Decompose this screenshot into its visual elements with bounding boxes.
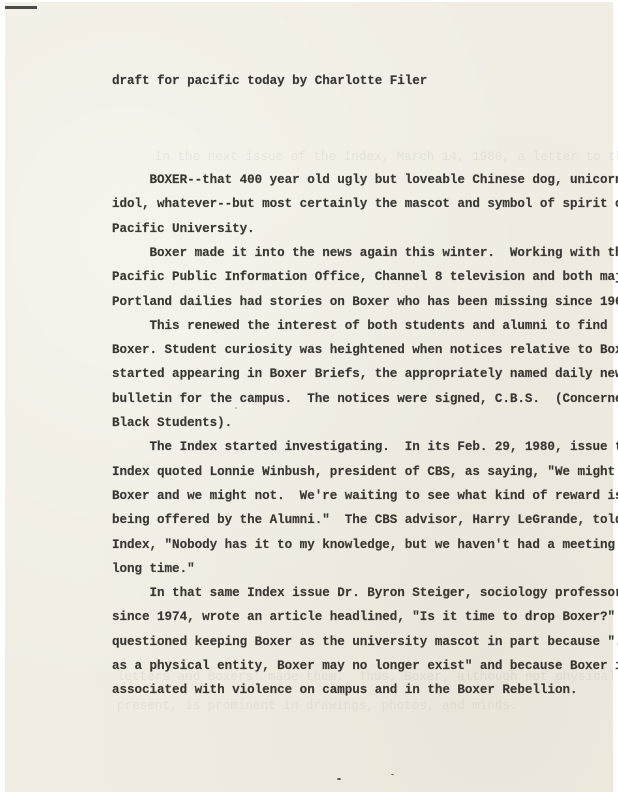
text-line: Index, "Nobody has it to my knowledge, b… [112, 537, 618, 553]
text-line: associated with violence on campus and i… [112, 682, 577, 698]
text-line: idol, whatever--but most certainly the m… [112, 196, 618, 212]
bleed-through-text: present, is prominent in drawings, photo… [117, 699, 518, 713]
text-line: Black Students). [112, 415, 232, 431]
paper-speck [391, 774, 394, 775]
text-line: started appearing in Boxer Briefs, the a… [112, 366, 618, 382]
text-line: being offered by the Alumni." The CBS ad… [112, 512, 618, 528]
bleed-through-text: In the next issue of the Index, March 14… [117, 150, 618, 164]
document-heading: draft for pacific today by Charlotte Fil… [112, 74, 427, 88]
text-line: as a physical entity, Boxer may no longe… [112, 658, 618, 674]
text-line: Boxer. Student curiosity was heightened … [112, 342, 618, 358]
paper-speck [337, 778, 341, 780]
text-line: since 1974, wrote an article headlined, … [112, 609, 618, 625]
text-line: Boxer and we might not. We're waiting to… [112, 488, 618, 504]
text-line: questioned keeping Boxer as the universi… [112, 634, 618, 650]
text-line: In that same Index issue Dr. Byron Steig… [112, 585, 618, 601]
text-line: bulletin for the campus. The notices wer… [112, 391, 618, 407]
text-line: The Index started investigating. In its … [112, 439, 618, 455]
text-line: This renewed the interest of both studen… [112, 318, 608, 334]
text-line: BOXER--that 400 year old ugly but loveab… [112, 172, 618, 188]
text-line: Index quoted Lonnie Winbush, president o… [112, 464, 618, 480]
text-line: Boxer made it into the news again this w… [112, 245, 618, 261]
page-edge-mark [5, 6, 37, 9]
text-line: Portland dailies had stories on Boxer wh… [112, 294, 618, 310]
paper-speck [235, 407, 237, 409]
document-page: In the next issue of the Index, March 14… [5, 2, 613, 792]
text-line: Pacific University. [112, 221, 255, 237]
text-line: Pacific Public Information Office, Chann… [112, 269, 618, 285]
text-line: long time." [112, 561, 195, 577]
